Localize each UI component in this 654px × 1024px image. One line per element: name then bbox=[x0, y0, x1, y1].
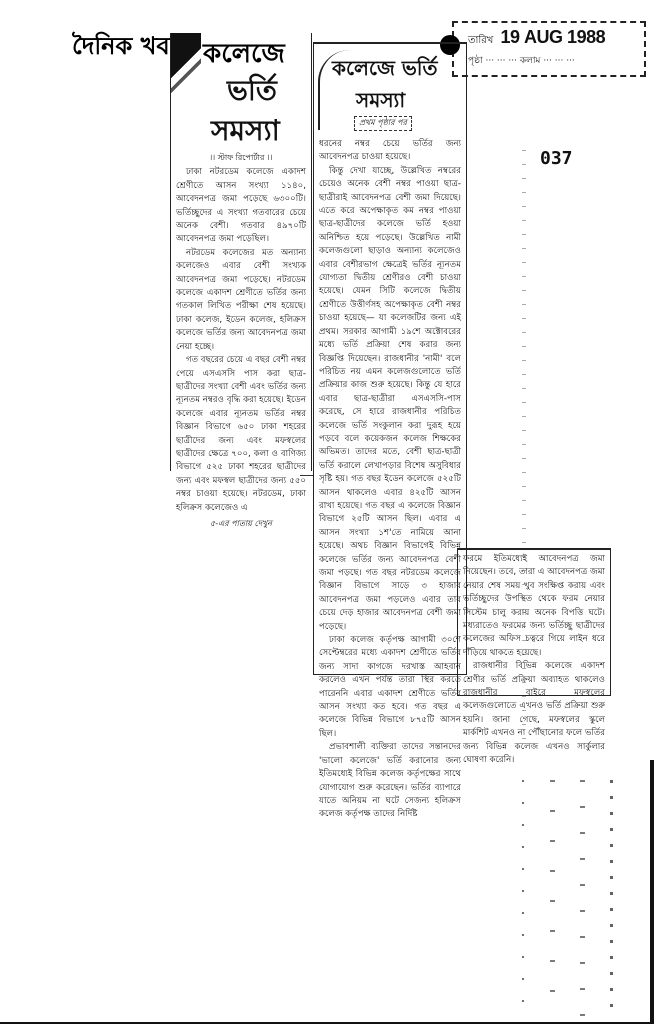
clipping-connector-line bbox=[300, 475, 313, 476]
article-paragraph: নটরডেম কলেজের মত অন্যান্য কলেজেও এবার বে… bbox=[176, 247, 306, 354]
date-value: 19 AUG 1988 bbox=[501, 27, 606, 47]
scan-edge-right bbox=[650, 760, 654, 1024]
article-paragraph: ফরমে ইতিমধ্যেই আবেদনপত্র জমা নিয়েছেন। ত… bbox=[463, 553, 605, 660]
article-paragraph: রাজধানীর বিভিন্ন কলেজে একাদশ শ্রেণীর ভর্… bbox=[463, 660, 605, 767]
clipping-part-2: কলেজে ভর্তি সমস্যা প্রথম পৃষ্ঠার পর ধরনে… bbox=[313, 42, 467, 675]
page-value: কলাম bbox=[520, 56, 541, 66]
article-paragraph: ধরনের নম্বর চেয়ে ভর্তির জন্য আবেদনপত্র … bbox=[319, 138, 461, 165]
headline-block: কলেজে ভর্তি সমস্যা প্রথম পৃষ্ঠার পর bbox=[314, 44, 466, 138]
scan-artifact-marks bbox=[520, 780, 640, 1020]
article-paragraph: প্রভাবশালী ব্যক্তিরা তাদের সন্তানদের 'ভা… bbox=[319, 741, 461, 821]
clipping-part-1: কলেজে ভর্তি সমস্যা ।। স্টাফ রিপোর্টার ।।… bbox=[170, 33, 312, 471]
clipping-part-3: ফরমে ইতিমধ্যেই আবেদনপত্র জমা নিয়েছেন। ত… bbox=[457, 548, 611, 696]
continued-note: ৫-এর পাতায় দেখুন bbox=[176, 517, 306, 530]
date-label: তারিখ bbox=[468, 35, 493, 46]
archive-date-stamp: তারিখ 19 AUG 1988 পৃষ্ঠা ··· ··· ··· কলা… bbox=[452, 21, 646, 77]
headline-block: কলেজে ভর্তি সমস্যা bbox=[171, 33, 311, 145]
article-paragraph: ঢাকা নটরডেম কলেজে একাদশ শ্রেণীতে আসন সংখ… bbox=[176, 166, 306, 246]
page-label: পৃষ্ঠা bbox=[468, 56, 483, 66]
archive-page-number: 037 bbox=[540, 148, 573, 169]
article-paragraph: কিন্তু দেখা যাচ্ছে, উল্লেখিত নম্বরের চেয… bbox=[319, 165, 461, 634]
scan-artifact-dots bbox=[522, 150, 526, 750]
headline-line-2: সমস্যা bbox=[356, 86, 405, 119]
newspaper-masthead: দৈনিক খবর bbox=[72, 28, 183, 68]
article-paragraph: গত বছরের চেয়ে এ বছর বেশী নম্বর পেয়ে এস… bbox=[176, 354, 306, 515]
headline-line-3: সমস্যা bbox=[211, 109, 280, 156]
article-paragraph: ঢাকা কলেজ কর্তৃপক্ষ আগামী ৩০শে সেপ্টেম্ব… bbox=[319, 634, 461, 741]
continuation-subhead: প্রথম পৃষ্ঠার পর bbox=[354, 116, 412, 131]
headline-line-1: কলেজে ভর্তি bbox=[332, 54, 437, 87]
